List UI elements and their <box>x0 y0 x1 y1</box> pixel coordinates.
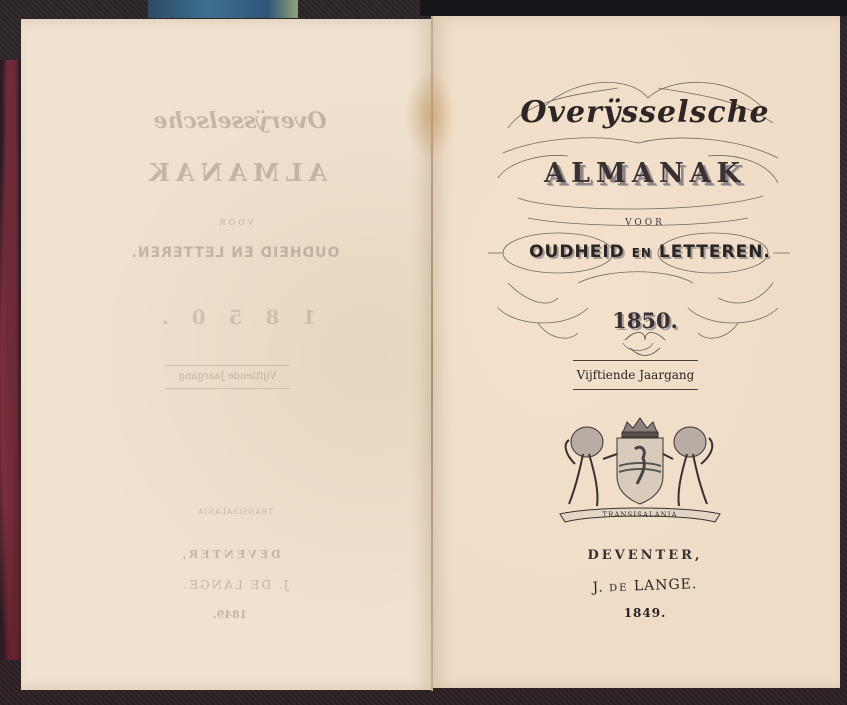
subtitle-letteren: LETTEREN. <box>659 242 771 262</box>
publisher-initial: J. <box>592 579 604 595</box>
marbled-endpaper-strip <box>148 0 298 18</box>
ghost-publisher: J. DE LANGE. <box>160 578 310 592</box>
subtitle-en: EN <box>632 246 652 260</box>
ghost-voor: VOOR <box>190 218 280 227</box>
publisher-de: DE <box>609 583 629 595</box>
ghost-pubyear: 1849. <box>185 608 275 621</box>
title-main: ALMANAK <box>500 158 790 189</box>
ghost-city: DEVENTER, <box>150 548 310 561</box>
ghost-year: 1 8 5 0 . <box>110 305 360 329</box>
coat-of-arms-icon: TRANSISALANIA <box>555 414 725 529</box>
ghost-title-script: Overÿsselsche <box>110 108 370 134</box>
ghost-title-main: ALMANAK <box>100 158 370 187</box>
small-flourish-icon <box>620 330 670 358</box>
title-script: Overÿsselsche <box>500 95 790 130</box>
publication-year: 1849. <box>590 606 700 620</box>
marbled-board-edge <box>0 60 22 660</box>
ghost-jaargang: Vijftiende Jaargang <box>165 365 290 389</box>
voor-label: VOOR <box>580 218 710 228</box>
foxing-stain <box>405 70 455 160</box>
subtitle: OUDHEID EN LETTEREN. <box>505 242 795 262</box>
city-label: DEVENTER, <box>560 548 730 563</box>
ghost-motto: TRANSISALANIA <box>170 508 300 516</box>
cover-top-edge <box>420 0 847 16</box>
jaargang-label: Vijftiende Jaargang <box>573 360 698 390</box>
subtitle-oudheid: OUDHEID <box>529 242 625 262</box>
publisher-name: LANGE. <box>634 576 698 594</box>
edition-year: 1850. <box>580 308 710 333</box>
emblem-motto: TRANSISALANIA <box>602 511 677 519</box>
ghost-subtitle: OUDHEID EN LETTEREN. <box>100 245 370 261</box>
